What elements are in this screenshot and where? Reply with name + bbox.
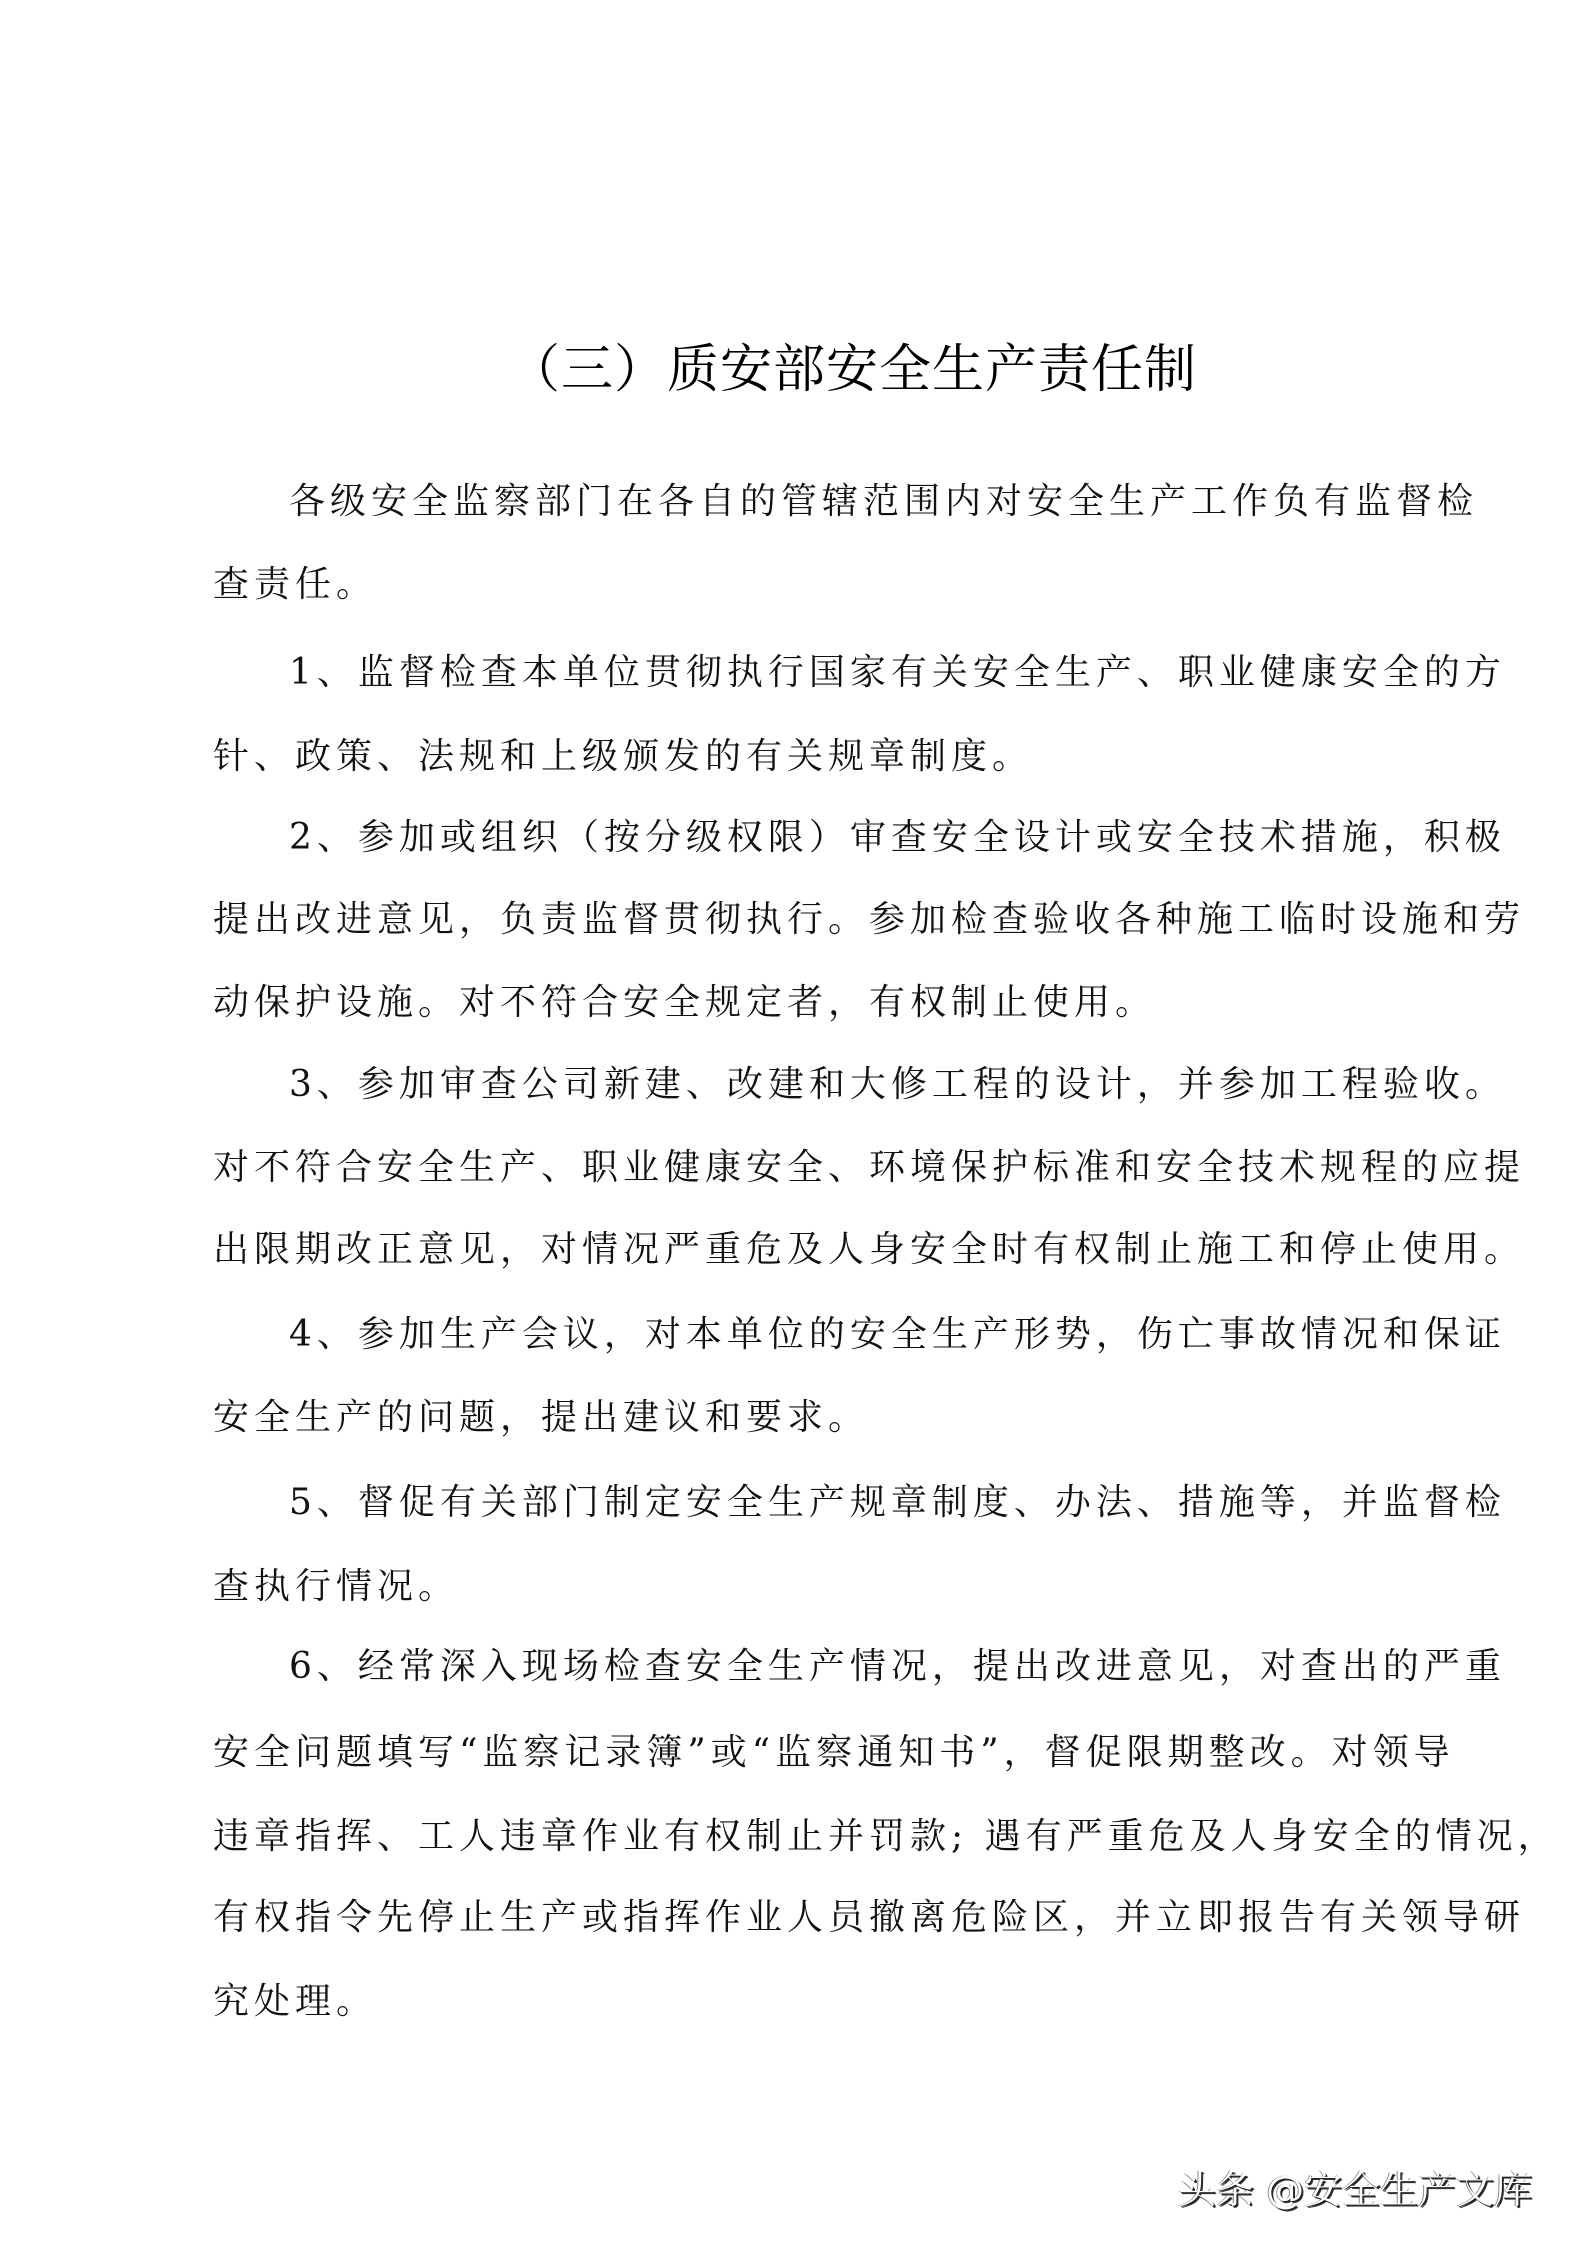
item-4-line-2: 安全生产的问题，提出建议和要求。 bbox=[213, 1393, 1405, 1443]
item-2-line-1: 2、参加或组织（按分级权限）审查安全设计或安全技术措施，积极 bbox=[289, 813, 1405, 863]
item-2-line-3: 动保护设施。对不符合安全规定者，有权制止使用。 bbox=[213, 978, 1405, 1028]
item-2-line-2: 提出改进意见，负责监督贯彻执行。参加检查验收各种施工临时设施和劳 bbox=[213, 895, 1405, 945]
item-6-line-2: 安全问题填写“监察记录簿”或“监察通知书”，督促限期整改。对领导 bbox=[213, 1728, 1405, 1778]
item-4-line-1: 4、参加生产会议，对本单位的安全生产形势，伤亡事故情况和保证 bbox=[289, 1310, 1405, 1360]
item-6-line-5: 究处理。 bbox=[213, 1977, 1405, 2027]
item-6-line-4: 有权指令先停止生产或指挥作业人员撤离危险区，并立即报告有关领导研 bbox=[213, 1893, 1405, 1943]
item-3-line-3: 出限期改正意见，对情况严重危及人身安全时有权制止施工和停止使用。 bbox=[213, 1225, 1405, 1275]
item-1-line-1: 1、监督检查本单位贯彻执行国家有关安全生产、职业健康安全的方 bbox=[289, 648, 1405, 698]
item-3-line-2: 对不符合安全生产、职业健康安全、环境保护标准和安全技术规程的应提 bbox=[213, 1143, 1405, 1193]
paragraph-intro-line-2: 查责任。 bbox=[213, 560, 1405, 610]
item-1-line-2: 针、政策、法规和上级颁发的有关规章制度。 bbox=[213, 732, 1405, 782]
document-page: （三）质安部安全生产责任制 各级安全监察部门在各自的管辖范围内对安全生产工作负有… bbox=[0, 0, 1587, 2245]
item-6-line-3: 违章指挥、工人违章作业有权制止并罚款; 遇有严重危及人身安全的情况， bbox=[213, 1812, 1405, 1862]
item-5-line-2: 查执行情况。 bbox=[213, 1562, 1405, 1612]
item-3-line-1: 3、参加审查公司新建、改建和大修工程的设计，并参加工程验收。 bbox=[289, 1060, 1405, 1110]
item-5-line-1: 5、督促有关部门制定安全生产规章制度、办法、措施等，并监督检 bbox=[289, 1478, 1405, 1528]
watermark: 头条 @安全生产文库 bbox=[1178, 2165, 1558, 2215]
item-6-line-1: 6、经常深入现场检查安全生产情况，提出改进意见，对查出的严重 bbox=[289, 1642, 1405, 1692]
page-title: （三）质安部安全生产责任制 bbox=[508, 335, 1138, 405]
paragraph-intro-line-1: 各级安全监察部门在各自的管辖范围内对安全生产工作负有监督检 bbox=[289, 477, 1405, 527]
